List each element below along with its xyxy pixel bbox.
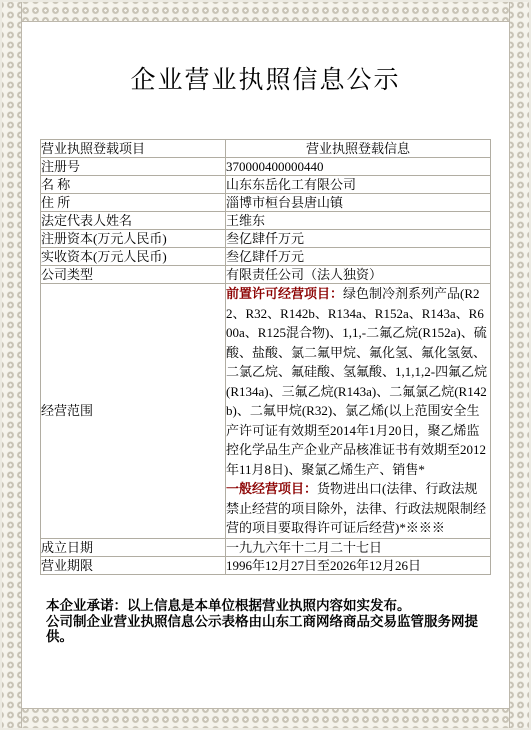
row-value: 有限责任公司（法人独资） [226,266,491,284]
row-label: 注册号 [41,158,226,176]
row-label: 注册资本(万元人民币) [41,230,226,248]
scope-label: 经营范围 [41,284,226,539]
row-value: 王维东 [226,212,491,230]
license-disclosure-page: 企业营业执照信息公示 营业执照登载项目 营业执照登载信息 注册号 3700004… [0,0,531,730]
table-row: 成立日期 一九九六年十二月二十七日 [41,538,491,556]
row-label: 公司类型 [41,266,226,284]
table-row: 注册号 370000400000440 [41,158,491,176]
row-value: 淄博市桓台县唐山镇 [226,194,491,212]
row-label: 住 所 [41,194,226,212]
row-value: 1996年12月27日至2026年12月26日 [226,556,491,574]
table-row: 法定代表人姓名 王维东 [41,212,491,230]
header-item-cell: 营业执照登载项目 [41,140,226,158]
row-value: 一九九六年十二月二十七日 [226,538,491,556]
scope-licensed-block: 前置许可经营项目：绿色制冷剂系列产品(R22、R32、R142b、R134a、R… [226,284,490,479]
scope-value: 前置许可经营项目：绿色制冷剂系列产品(R22、R32、R142b、R134a、R… [226,284,491,539]
footer-line2: 公司制企业营业执照信息公示表格由山东工商网络商品交易监管服务网提供。 [46,614,498,645]
page-title: 企业营业执照信息公示 [0,60,531,96]
license-info-table: 营业执照登载项目 营业执照登载信息 注册号 370000400000440 名 … [40,139,491,575]
table-row: 住 所 淄博市桓台县唐山镇 [41,194,491,212]
scope-licensed-text: 绿色制冷剂系列产品(R22、R32、R142b、R134a、R152a、R143… [226,286,487,477]
row-value: 叁亿肆仟万元 [226,248,491,266]
scope-general-block: 一般经营项目：货物进出口(法律、行政法规禁止经营的项目除外，法律、行政法规限制经… [226,479,490,538]
scope-general-label: 一般经营项目： [226,481,317,496]
table-row: 注册资本(万元人民币) 叁亿肆仟万元 [41,230,491,248]
table-row: 公司类型 有限责任公司（法人独资） [41,266,491,284]
row-label: 营业期限 [41,556,226,574]
table-row: 名 称 山东东岳化工有限公司 [41,176,491,194]
row-value: 叁亿肆仟万元 [226,230,491,248]
row-value: 山东东岳化工有限公司 [226,176,491,194]
row-label: 名 称 [41,176,226,194]
table-row: 实收资本(万元人民币) 叁亿肆仟万元 [41,248,491,266]
row-label: 实收资本(万元人民币) [41,248,226,266]
scope-licensed-label: 前置许可经营项目： [226,286,343,301]
row-label: 成立日期 [41,538,226,556]
table-row: 营业期限 1996年12月27日至2026年12月26日 [41,556,491,574]
row-label: 法定代表人姓名 [41,212,226,230]
row-value: 370000400000440 [226,158,491,176]
table-header-row: 营业执照登载项目 营业执照登载信息 [41,140,491,158]
footer-line1: 本企业承诺：以上信息是本单位根据营业执照内容如实发布。 [46,598,498,614]
header-info-cell: 营业执照登载信息 [226,140,491,158]
footer-statement: 本企业承诺：以上信息是本单位根据营业执照内容如实发布。 公司制企业营业执照信息公… [46,598,498,645]
business-scope-row: 经营范围 前置许可经营项目：绿色制冷剂系列产品(R22、R32、R142b、R1… [41,284,491,539]
